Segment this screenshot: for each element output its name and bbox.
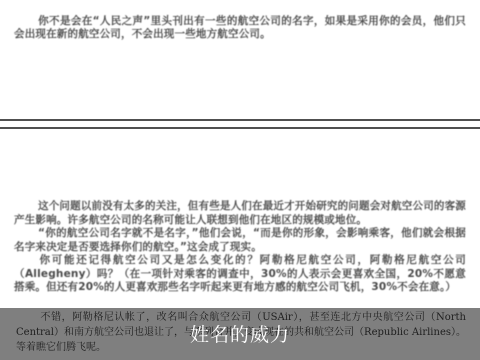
- paragraph-middle-2-text: “你的航空公司名字就不是名字，”他们会说，“而是你的形象，会影响乘客，他们就会根…: [14, 227, 466, 253]
- horizontal-rule-top: [0, 119, 480, 121]
- document-page: 你不是会在“人民之声”里头刊出有一些的航空公司的名字，如果是采用你的会员，他们只…: [0, 0, 480, 360]
- video-subtitle: 姓名的威力: [0, 320, 480, 347]
- paragraph-top: 你不是会在“人民之声”里头刊出有一些的航空公司的名字，如果是采用你的会员，他们只…: [14, 15, 466, 42]
- paragraph-middle-2: “你的航空公司名字就不是名字，”他们会说，“而是你的形象，会影响乘客，他们就会根…: [14, 227, 466, 254]
- paragraph-middle-3-text: 你可能还记得航空公司又是怎么变化的？阿勒格尼航空公司，阿勒格尼航空公司（Alle…: [14, 254, 466, 293]
- horizontal-rule-bottom: [0, 127, 480, 129]
- paragraph-middle-1: 这个问题以前没有太多的关注，但有些是人们在最近才开始研究的问题会对航空公司的客源…: [14, 200, 466, 227]
- paragraph-middle-block: 这个问题以前没有太多的关注，但有些是人们在最近才开始研究的问题会对航空公司的客源…: [14, 200, 466, 295]
- paragraph-middle-1-text: 这个问题以前没有太多的关注，但有些是人们在最近才开始研究的问题会对航空公司的客源…: [14, 200, 466, 226]
- paragraph-middle-3: 你可能还记得航空公司又是怎么变化的？阿勒格尼航空公司，阿勒格尼航空公司（Alle…: [14, 254, 466, 295]
- paragraph-top-text: 你不是会在“人民之声”里头刊出有一些的航空公司的名字，如果是采用你的会员，他们只…: [14, 15, 466, 41]
